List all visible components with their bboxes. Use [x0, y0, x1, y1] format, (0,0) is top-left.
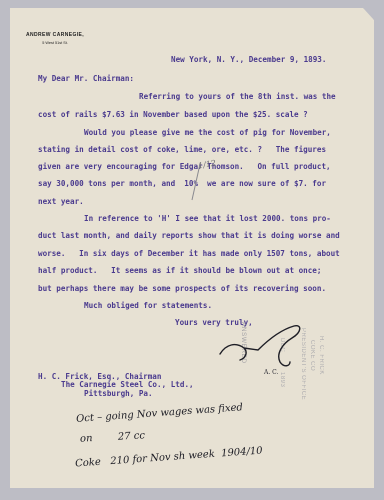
body-line: Much obliged for statements.: [84, 302, 212, 310]
letterhead: ANDREW CARNEGIE, 5 West 51st St.: [26, 32, 84, 45]
body-line: Would you please give me the cost of pig…: [84, 129, 331, 137]
body-line: stating in detail cost of coke, lime, or…: [38, 146, 326, 154]
body-line: but perhaps there may be some prospects …: [38, 285, 326, 293]
salutation: My Dear Mr. Chairman:: [38, 75, 134, 83]
body-line: worse. In six days of December it has ma…: [38, 250, 340, 258]
stamp-line: H. C. FRICK: [318, 336, 324, 375]
body-line: duct last month, and daily reports show …: [38, 232, 340, 240]
dateline: New York, N. Y., December 9, 1893.: [171, 56, 326, 64]
body-line: In reference to 'H' I see that it lost 2…: [84, 215, 331, 223]
signature-initials: A. C.: [263, 369, 279, 376]
body-line: say 30,000 tons per month, and 10% we ar…: [38, 180, 326, 188]
body-line: given are very encouraging for Edgar Tho…: [38, 163, 331, 171]
body-line: half product. It seems as if it should b…: [38, 267, 321, 275]
letterhead-name: ANDREW CARNEGIE,: [26, 32, 84, 38]
signature-icon: A. C.: [218, 322, 318, 382]
letterhead-address: 5 West 51st St.: [26, 41, 84, 45]
recipient-line-3: Pittsburgh, Pa.: [84, 390, 153, 398]
recipient-line-2: The Carnegie Steel Co., Ltd.,: [61, 381, 194, 389]
body-line: next year.: [38, 198, 84, 206]
pencil-mark-icon: [190, 162, 202, 202]
body-line: Referring to yours of the 8th inst. was …: [139, 93, 336, 101]
body-line: cost of rails $7.63 in November based up…: [38, 111, 308, 119]
